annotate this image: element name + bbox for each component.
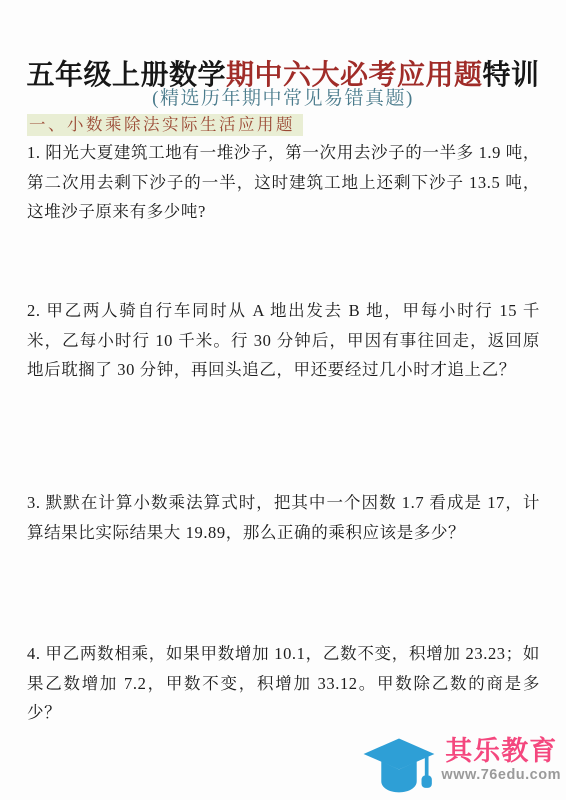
brand-url: www.76edu.com (441, 767, 561, 783)
problem-4-text: 4. 甲乙两数相乘，如果甲数增加 10.1，乙数不变，积增加 23.23；如果乙… (27, 639, 540, 728)
section-heading: 一、小数乘除法实际生活应用题 (27, 114, 303, 136)
brand-text-block: 其乐教育 www.76edu.com (441, 735, 561, 783)
brand-name: 其乐教育 (445, 735, 557, 767)
problem-3-text: 3. 默默在计算小数乘法算式时，把其中一个因数 1.7 看成是 17，计算结果比… (27, 488, 540, 547)
problem-1-text: 1. 阳光大夏建筑工地有一堆沙子，第一次用去沙子的一半多 1.9 吨，第二次用去… (27, 138, 540, 227)
problem-2-text: 2. 甲乙两人骑自行车同时从 A 地出发去 B 地，甲每小时行 15 千米，乙每… (27, 296, 540, 385)
section-heading-text: 一、小数乘除法实际生活应用题 (27, 114, 303, 136)
worksheet-page: 五年级上册数学期中六大必考应用题特训 (精选历年期中常见易错真题) 一、小数乘除… (0, 0, 566, 800)
brand-logo: 其乐教育 www.76edu.com (361, 735, 561, 799)
page-subtitle: (精选历年期中常见易错真题) (0, 83, 566, 110)
graduation-cap-icon (361, 737, 437, 799)
